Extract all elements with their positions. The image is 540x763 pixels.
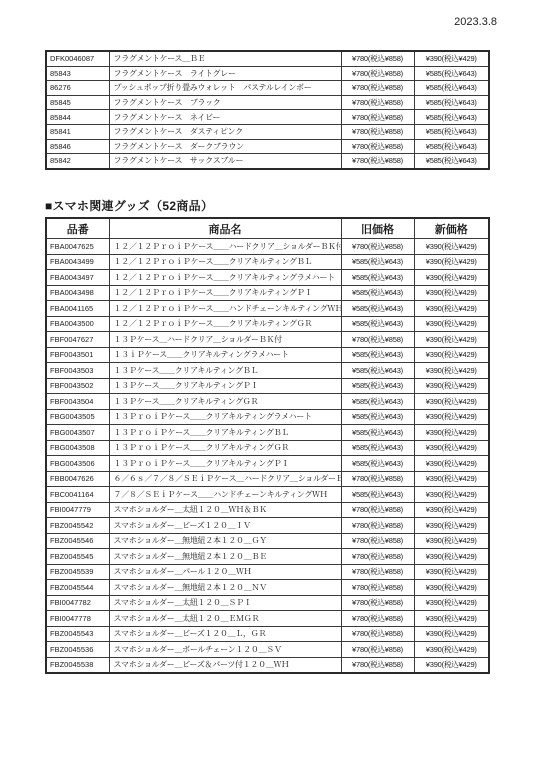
product-code-cell: FBG0043507 xyxy=(46,425,109,441)
table-row: FBA0043499１２／１２ＰｒｏｉＰケース＿＿クリアキルティングＢＬ¥585… xyxy=(46,254,489,270)
table-row: FBA0043497１２／１２ＰｒｏｉＰケース＿＿クリアキルティングラメハート¥… xyxy=(46,270,489,286)
table-row: FBA0047625１２／１２ＰｒｏｉＰケース＿＿ハードクリア＿ショルダーＢＫ付… xyxy=(46,239,489,255)
product-name-cell: スマホショルダー＿パール１２０＿ＷＨ xyxy=(109,564,341,580)
new-price-cell: ¥390(税込¥429) xyxy=(414,347,489,363)
product-name-cell: スマホショルダー＿ボールチェーン１２０＿ＳＶ xyxy=(109,642,341,658)
old-price-cell: ¥780(税込¥858) xyxy=(341,332,414,348)
product-code-cell: FBI0047782 xyxy=(46,595,109,611)
old-price-cell: ¥780(税込¥858) xyxy=(341,611,414,627)
table-row: FBG0043507１３ＰｒｏｉＰケース＿＿クリアキルティングＢＬ¥585(税込… xyxy=(46,425,489,441)
new-price-cell: ¥390(税込¥429) xyxy=(414,642,489,658)
product-code-cell: FBA0047625 xyxy=(46,239,109,255)
product-name-cell: スマホショルダー＿太紐１２０＿ＷＨ＆ＢＫ xyxy=(109,502,341,518)
new-price-cell: ¥390(税込¥429) xyxy=(414,425,489,441)
product-code-cell: DFK0046087 xyxy=(46,51,109,66)
table-row: FBF0043503１３Ｐケース＿＿クリアキルティングＢＬ¥585(税込¥643… xyxy=(46,363,489,379)
new-price-cell: ¥585(税込¥643) xyxy=(414,110,489,125)
col-header-product-name: 商品名 xyxy=(109,218,341,239)
smartphone-goods-table-body: FBA0047625１２／１２ＰｒｏｉＰケース＿＿ハードクリア＿ショルダーＢＫ付… xyxy=(46,239,489,674)
new-price-cell: ¥390(税込¥429) xyxy=(414,487,489,503)
new-price-cell: ¥390(税込¥429) xyxy=(414,471,489,487)
product-name-cell: スマホショルダー＿ビーズ１２０＿Ｌ，ＧＲ xyxy=(109,626,341,642)
new-price-cell: ¥390(税込¥429) xyxy=(414,363,489,379)
product-code-cell: FBG0043506 xyxy=(46,456,109,472)
new-price-cell: ¥390(税込¥429) xyxy=(414,518,489,534)
product-code-cell: 85846 xyxy=(46,139,109,154)
product-name-cell: スマホショルダー＿ビーズ１２０＿ＩＶ xyxy=(109,518,341,534)
product-name-cell: １３ｉＰケース＿＿クリアキルティングラメハート xyxy=(109,347,341,363)
product-name-cell: １２／１２ＰｒｏｉＰケース＿＿クリアキルティングラメハート xyxy=(109,270,341,286)
table-row: FBF0043504１３Ｐケース＿＿クリアキルティングＧＲ¥585(税込¥643… xyxy=(46,394,489,410)
new-price-cell: ¥390(税込¥429) xyxy=(414,549,489,565)
new-price-cell: ¥390(税込¥429) xyxy=(414,595,489,611)
old-price-cell: ¥585(税込¥643) xyxy=(341,347,414,363)
old-price-cell: ¥585(税込¥643) xyxy=(341,270,414,286)
section-title-smartphone-goods: ■スマホ関連グッズ（52商品） xyxy=(45,197,213,214)
old-price-cell: ¥780(税込¥858) xyxy=(341,626,414,642)
table-row: FBB0047626６／６ｓ／７／８／ＳＥｉＰケース＿ハードクリア＿ショルダーＢ… xyxy=(46,471,489,487)
product-code-cell: 86276 xyxy=(46,81,109,96)
table-row: FBF0047627１３Ｐケース＿ハードクリア＿ショルダーＢＫ付¥780(税込¥… xyxy=(46,332,489,348)
product-name-cell: スマホショルダー＿無地紐２本１２０＿ＧＹ xyxy=(109,533,341,549)
product-code-cell: 85842 xyxy=(46,154,109,169)
col-header-new-price: 新価格 xyxy=(414,218,489,239)
old-price-cell: ¥780(税込¥858) xyxy=(341,110,414,125)
product-code-cell: FBZ0045545 xyxy=(46,549,109,565)
new-price-cell: ¥585(税込¥643) xyxy=(414,81,489,96)
product-code-cell: 85843 xyxy=(46,66,109,81)
product-name-cell: １３ＰｒｏｉＰケース＿＿クリアキルティングラメハート xyxy=(109,409,341,425)
old-price-cell: ¥780(税込¥858) xyxy=(341,154,414,169)
table-row: FBF0043502１３Ｐケース＿＿クリアキルティングＰＩ¥585(税込¥643… xyxy=(46,378,489,394)
old-price-cell: ¥780(税込¥858) xyxy=(341,471,414,487)
old-price-cell: ¥780(税込¥858) xyxy=(341,139,414,154)
product-code-cell: FBF0043502 xyxy=(46,378,109,394)
new-price-cell: ¥390(税込¥429) xyxy=(414,456,489,472)
table-row: 85842フラグメントケース サックスブルー¥780(税込¥858)¥585(税… xyxy=(46,154,489,169)
old-price-cell: ¥585(税込¥643) xyxy=(341,254,414,270)
product-code-cell: FBZ0045542 xyxy=(46,518,109,534)
old-price-cell: ¥780(税込¥858) xyxy=(341,657,414,673)
product-code-cell: FBZ0045543 xyxy=(46,626,109,642)
table-row: FBG0043506１３ＰｒｏｉＰケース＿＿クリアキルティングＰＩ¥585(税込… xyxy=(46,456,489,472)
old-price-cell: ¥585(税込¥643) xyxy=(341,456,414,472)
product-name-cell: フラグメントケース サックスブルー xyxy=(109,154,341,169)
table-row: FBZ0045536スマホショルダー＿ボールチェーン１２０＿ＳＶ¥780(税込¥… xyxy=(46,642,489,658)
product-code-cell: FBI0047779 xyxy=(46,502,109,518)
new-price-cell: ¥390(税込¥429) xyxy=(414,533,489,549)
product-code-cell: 85841 xyxy=(46,124,109,139)
new-price-cell: ¥390(税込¥429) xyxy=(414,440,489,456)
col-header-old-price: 旧価格 xyxy=(341,218,414,239)
product-code-cell: FBA0043500 xyxy=(46,316,109,332)
old-price-cell: ¥585(税込¥643) xyxy=(341,409,414,425)
product-name-cell: １２／１２ＰｒｏｉＰケース＿＿ハードクリア＿ショルダーＢＫ付 xyxy=(109,239,341,255)
old-price-cell: ¥780(税込¥858) xyxy=(341,595,414,611)
new-price-cell: ¥585(税込¥643) xyxy=(414,139,489,154)
table-row: 85845フラグメントケース ブラック¥780(税込¥858)¥585(税込¥6… xyxy=(46,95,489,110)
product-code-cell: FBG0043508 xyxy=(46,440,109,456)
table-row: FBA0041165１２／１２ＰｒｏｉＰケース＿＿ハンドチェーンキルティングＷＨ… xyxy=(46,301,489,317)
old-price-cell: ¥780(税込¥858) xyxy=(341,95,414,110)
new-price-cell: ¥390(税込¥429) xyxy=(414,378,489,394)
old-price-cell: ¥585(税込¥643) xyxy=(341,378,414,394)
old-price-cell: ¥780(税込¥858) xyxy=(341,502,414,518)
old-price-cell: ¥585(税込¥643) xyxy=(341,285,414,301)
product-code-cell: FBB0047626 xyxy=(46,471,109,487)
table-row: FBZ0045539スマホショルダー＿パール１２０＿ＷＨ¥780(税込¥858)… xyxy=(46,564,489,580)
product-name-cell: １３Ｐケース＿＿クリアキルティングＰＩ xyxy=(109,378,341,394)
old-price-cell: ¥585(税込¥643) xyxy=(341,425,414,441)
old-price-cell: ¥585(税込¥643) xyxy=(341,316,414,332)
old-price-cell: ¥585(税込¥643) xyxy=(341,487,414,503)
new-price-cell: ¥390(税込¥429) xyxy=(414,564,489,580)
old-price-cell: ¥780(税込¥858) xyxy=(341,81,414,96)
product-name-cell: ７／８／ＳＥｉＰケース＿＿ハンドチェーンキルティングＷＨ xyxy=(109,487,341,503)
old-price-cell: ¥780(税込¥858) xyxy=(341,642,414,658)
product-name-cell: １２／１２ＰｒｏｉＰケース＿＿ハンドチェーンキルティングＷＨ xyxy=(109,301,341,317)
product-name-cell: １３Ｐケース＿ハードクリア＿ショルダーＢＫ付 xyxy=(109,332,341,348)
new-price-cell: ¥390(税込¥429) xyxy=(414,285,489,301)
product-code-cell: FBA0043498 xyxy=(46,285,109,301)
old-price-cell: ¥780(税込¥858) xyxy=(341,518,414,534)
table-row: 85846フラグメントケース ダークブラウン¥780(税込¥858)¥585(税… xyxy=(46,139,489,154)
new-price-cell: ¥390(税込¥429) xyxy=(414,657,489,673)
product-name-cell: １３Ｐケース＿＿クリアキルティングＧＲ xyxy=(109,394,341,410)
new-price-cell: ¥390(税込¥429) xyxy=(414,270,489,286)
product-code-cell: FBF0043503 xyxy=(46,363,109,379)
product-name-cell: スマホショルダー＿無地紐２本１２０＿ＮＶ xyxy=(109,580,341,596)
product-name-cell: スマホショルダー＿ビーズ＆パーツ付１２０＿ＷＨ xyxy=(109,657,341,673)
product-code-cell: FBZ0045546 xyxy=(46,533,109,549)
col-header-product-code: 品番 xyxy=(46,218,109,239)
table-row: 85841フラグメントケース ダスティピンク¥780(税込¥858)¥585(税… xyxy=(46,124,489,139)
new-price-cell: ¥585(税込¥643) xyxy=(414,154,489,169)
new-price-cell: ¥390(税込¥429) xyxy=(414,626,489,642)
table-row: FBI0047782スマホショルダー＿太紐１２０＿ＳＰＩ¥780(税込¥858)… xyxy=(46,595,489,611)
new-price-cell: ¥390(税込¥429) xyxy=(414,409,489,425)
old-price-cell: ¥780(税込¥858) xyxy=(341,239,414,255)
table-row: FBZ0045543スマホショルダー＿ビーズ１２０＿Ｌ，ＧＲ¥780(税込¥85… xyxy=(46,626,489,642)
product-code-cell: FBC0041164 xyxy=(46,487,109,503)
product-name-cell: フラグメントケース ダークブラウン xyxy=(109,139,341,154)
old-price-cell: ¥585(税込¥643) xyxy=(341,440,414,456)
product-name-cell: １３ＰｒｏｉＰケース＿＿クリアキルティングＢＬ xyxy=(109,425,341,441)
new-price-cell: ¥390(税込¥429) xyxy=(414,301,489,317)
product-code-cell: FBZ0045544 xyxy=(46,580,109,596)
table-row: FBZ0045545スマホショルダー＿無地紐２本１２０＿ＢＥ¥780(税込¥85… xyxy=(46,549,489,565)
product-code-cell: FBZ0045539 xyxy=(46,564,109,580)
table-row: FBC0041164７／８／ＳＥｉＰケース＿＿ハンドチェーンキルティングＷＨ¥5… xyxy=(46,487,489,503)
product-name-cell: １２／１２ＰｒｏｉＰケース＿＿クリアキルティングＰＩ xyxy=(109,285,341,301)
table-row: FBZ0045546スマホショルダー＿無地紐２本１２０＿ＧＹ¥780(税込¥85… xyxy=(46,533,489,549)
product-name-cell: スマホショルダー＿太紐１２０＿ＳＰＩ xyxy=(109,595,341,611)
product-name-cell: フラグメントケース ダスティピンク xyxy=(109,124,341,139)
new-price-cell: ¥390(税込¥429) xyxy=(414,580,489,596)
product-code-cell: FBG0043505 xyxy=(46,409,109,425)
old-price-cell: ¥585(税込¥643) xyxy=(341,301,414,317)
product-name-cell: スマホショルダー＿太紐１２０＿ＥＭＧＲ xyxy=(109,611,341,627)
table-row: FBI0047778スマホショルダー＿太紐１２０＿ＥＭＧＲ¥780(税込¥858… xyxy=(46,611,489,627)
product-code-cell: FBF0047627 xyxy=(46,332,109,348)
product-code-cell: 85844 xyxy=(46,110,109,125)
table-row: DFK0046087フラグメントケース＿ＢＥ¥780(税込¥858)¥390(税… xyxy=(46,51,489,66)
product-name-cell: １２／１２ＰｒｏｉＰケース＿＿クリアキルティングＧＲ xyxy=(109,316,341,332)
product-name-cell: １３ＰｒｏｉＰケース＿＿クリアキルティングＰＩ xyxy=(109,456,341,472)
old-price-cell: ¥780(税込¥858) xyxy=(341,124,414,139)
new-price-cell: ¥390(税込¥429) xyxy=(414,611,489,627)
new-price-cell: ¥390(税込¥429) xyxy=(414,502,489,518)
product-name-cell: １３ＰｒｏｉＰケース＿＿クリアキルティングＧＲ xyxy=(109,440,341,456)
product-name-cell: フラグメントケース ネイビー xyxy=(109,110,341,125)
old-price-cell: ¥780(税込¥858) xyxy=(341,51,414,66)
new-price-cell: ¥390(税込¥429) xyxy=(414,316,489,332)
table-row: FBZ0045544スマホショルダー＿無地紐２本１２０＿ＮＶ¥780(税込¥85… xyxy=(46,580,489,596)
table-row: FBZ0045542スマホショルダー＿ビーズ１２０＿ＩＶ¥780(税込¥858)… xyxy=(46,518,489,534)
product-code-cell: FBA0043497 xyxy=(46,270,109,286)
new-price-cell: ¥390(税込¥429) xyxy=(414,332,489,348)
product-code-cell: FBF0043501 xyxy=(46,347,109,363)
new-price-cell: ¥390(税込¥429) xyxy=(414,394,489,410)
table-row: FBA0043498１２／１２ＰｒｏｉＰケース＿＿クリアキルティングＰＩ¥585… xyxy=(46,285,489,301)
table-row: FBI0047779スマホショルダー＿太紐１２０＿ＷＨ＆ＢＫ¥780(税込¥85… xyxy=(46,502,489,518)
product-code-cell: 85845 xyxy=(46,95,109,110)
product-name-cell: フラグメントケース＿ＢＥ xyxy=(109,51,341,66)
old-price-cell: ¥780(税込¥858) xyxy=(341,580,414,596)
table-row: FBF0043501１３ｉＰケース＿＿クリアキルティングラメハート¥585(税込… xyxy=(46,347,489,363)
table-row: 86276プッシュポップ折り畳みウォレット パステルレインボー¥780(税込¥8… xyxy=(46,81,489,96)
table-row: FBA0043500１２／１２ＰｒｏｉＰケース＿＿クリアキルティングＧＲ¥585… xyxy=(46,316,489,332)
product-code-cell: FBI0047778 xyxy=(46,611,109,627)
product-name-cell: プッシュポップ折り畳みウォレット パステルレインボー xyxy=(109,81,341,96)
product-code-cell: FBF0043504 xyxy=(46,394,109,410)
product-name-cell: １３Ｐケース＿＿クリアキルティングＢＬ xyxy=(109,363,341,379)
new-price-cell: ¥390(税込¥429) xyxy=(414,254,489,270)
product-code-cell: FBA0041165 xyxy=(46,301,109,317)
new-price-cell: ¥585(税込¥643) xyxy=(414,66,489,81)
smartphone-goods-price-table: 品番 商品名 旧価格 新価格 FBA0047625１２／１２ＰｒｏｉＰケース＿＿… xyxy=(45,217,490,674)
old-price-cell: ¥780(税込¥858) xyxy=(341,564,414,580)
table-row: 85844フラグメントケース ネイビー¥780(税込¥858)¥585(税込¥6… xyxy=(46,110,489,125)
table-row: FBG0043505１３ＰｒｏｉＰケース＿＿クリアキルティングラメハート¥585… xyxy=(46,409,489,425)
product-code-cell: FBZ0045536 xyxy=(46,642,109,658)
product-name-cell: フラグメントケース ブラック xyxy=(109,95,341,110)
new-price-cell: ¥390(税込¥429) xyxy=(414,239,489,255)
old-price-cell: ¥585(税込¥643) xyxy=(341,394,414,410)
product-name-cell: ６／６ｓ／７／８／ＳＥｉＰケース＿ハードクリア＿ショルダーＢＫ付 xyxy=(109,471,341,487)
fragment-case-table-body: DFK0046087フラグメントケース＿ＢＥ¥780(税込¥858)¥390(税… xyxy=(46,51,489,169)
new-price-cell: ¥390(税込¥429) xyxy=(414,51,489,66)
table-row: FBG0043508１３ＰｒｏｉＰケース＿＿クリアキルティングＧＲ¥585(税込… xyxy=(46,440,489,456)
product-code-cell: FBA0043499 xyxy=(46,254,109,270)
old-price-cell: ¥780(税込¥858) xyxy=(341,533,414,549)
page-date: 2023.3.8 xyxy=(0,16,497,28)
new-price-cell: ¥585(税込¥643) xyxy=(414,124,489,139)
fragment-case-price-table: DFK0046087フラグメントケース＿ＢＥ¥780(税込¥858)¥390(税… xyxy=(45,50,490,170)
table-row: FBZ0045538スマホショルダー＿ビーズ＆パーツ付１２０＿ＷＨ¥780(税込… xyxy=(46,657,489,673)
table-row: 85843フラグメントケース ライトグレー¥780(税込¥858)¥585(税込… xyxy=(46,66,489,81)
old-price-cell: ¥585(税込¥643) xyxy=(341,363,414,379)
new-price-cell: ¥585(税込¥643) xyxy=(414,95,489,110)
old-price-cell: ¥780(税込¥858) xyxy=(341,549,414,565)
table-header-row: 品番 商品名 旧価格 新価格 xyxy=(46,218,489,239)
product-name-cell: スマホショルダー＿無地紐２本１２０＿ＢＥ xyxy=(109,549,341,565)
old-price-cell: ¥780(税込¥858) xyxy=(341,66,414,81)
product-name-cell: フラグメントケース ライトグレー xyxy=(109,66,341,81)
product-code-cell: FBZ0045538 xyxy=(46,657,109,673)
product-name-cell: １２／１２ＰｒｏｉＰケース＿＿クリアキルティングＢＬ xyxy=(109,254,341,270)
